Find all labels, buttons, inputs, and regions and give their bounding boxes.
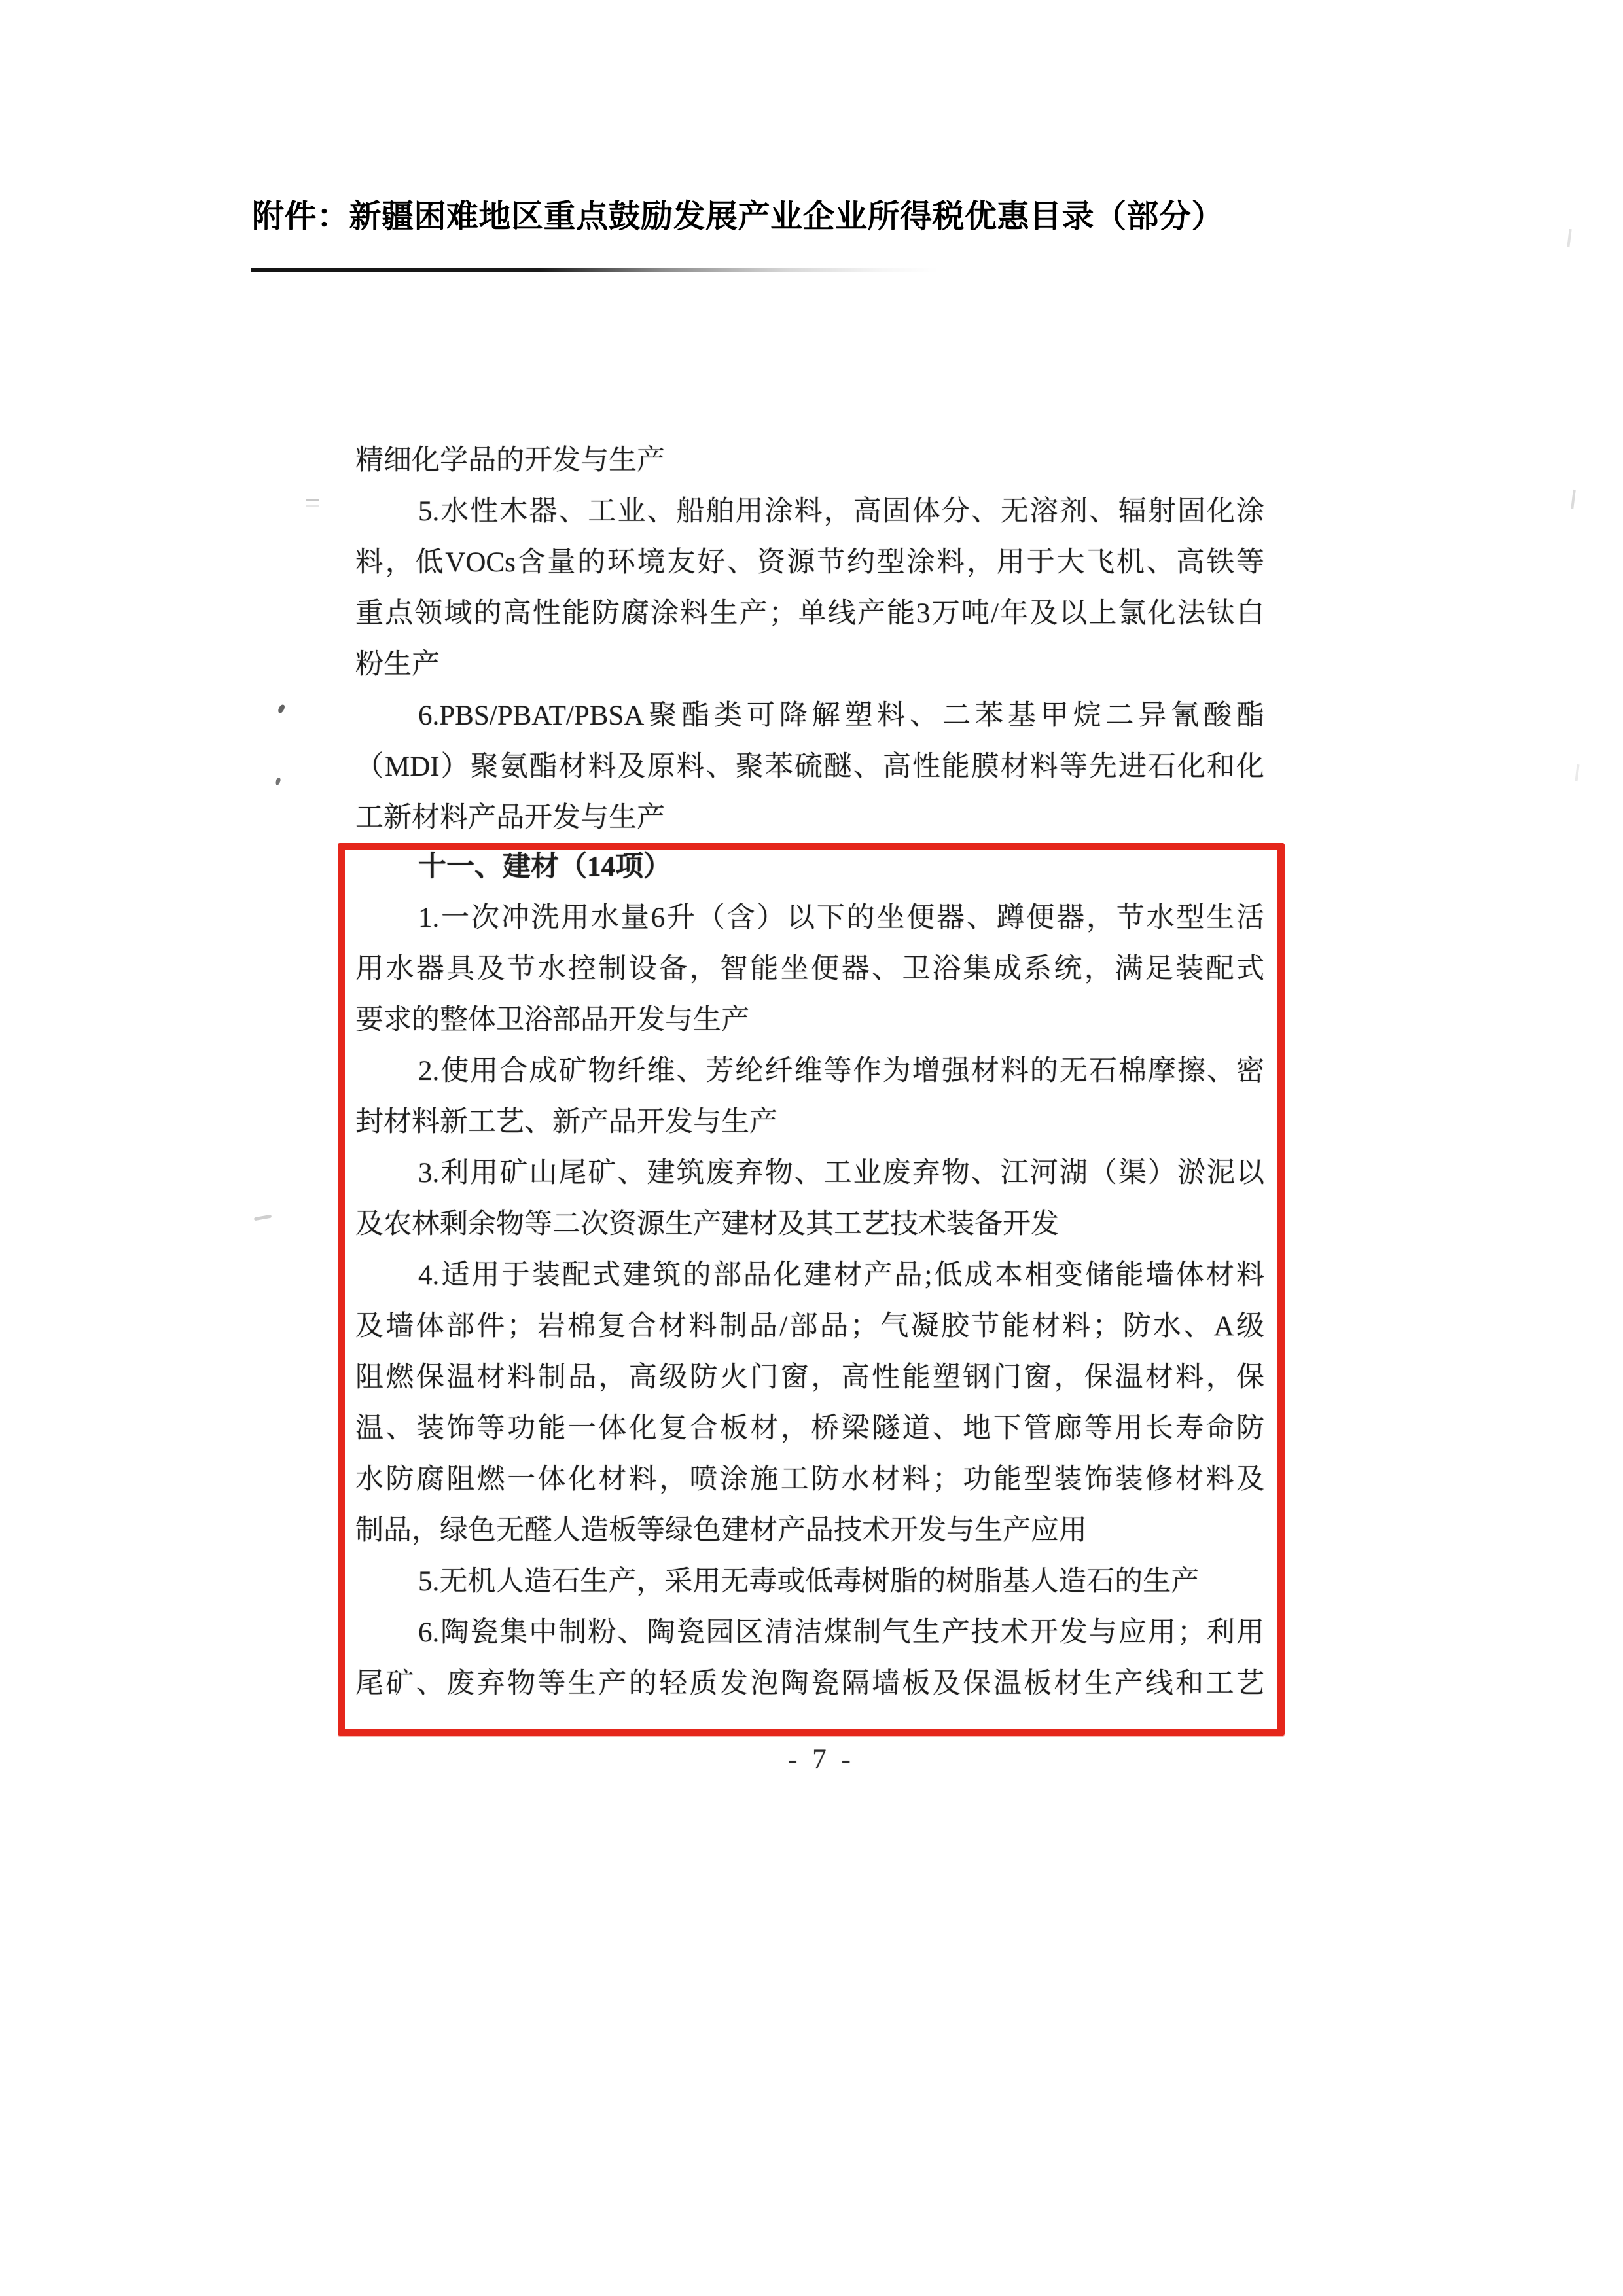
- text-line: 粉生产: [355, 639, 1264, 691]
- text-line: 重点领域的高性能防腐涂料生产；单线产能3万吨/年及以上氯化法钛白: [355, 588, 1264, 639]
- attachment-title: 附件：新疆困难地区重点鼓励发展产业企业所得税优惠目录（部分）: [252, 196, 1224, 237]
- text-line: 6.PBS/PBAT/PBSA聚酯类可降解塑料、二苯基甲烷二异氰酸酯: [355, 691, 1264, 742]
- boxed-text-line: 5.无机人造石生产，采用无毒或低毒树脂的树脂基人造石的生产: [355, 1556, 1264, 1607]
- text-line: 工新材料产品开发与生产: [355, 793, 1264, 844]
- boxed-text-line: 封材料新工艺、新产品开发与生产: [355, 1097, 1264, 1148]
- boxed-text-line: 1.一次冲洗用水量6升（含）以下的坐便器、蹲便器，节水型生活: [355, 893, 1264, 944]
- header-divider-line: [251, 268, 938, 272]
- scan-artifact: [1571, 490, 1576, 509]
- section-heading: 十一、建材（14项）: [355, 842, 1264, 893]
- boxed-text-line: 4.适用于装配式建筑的部品化建材产品;低成本相变储能墙体材料: [355, 1250, 1264, 1301]
- text-line: 精细化学品的开发与生产: [355, 435, 1264, 486]
- boxed-text-line: 制品，绿色无醛人造板等绿色建材产品技术开发与生产应用: [355, 1505, 1264, 1556]
- boxed-text-line: 水防腐阻燃一体化材料，喷涂施工防水材料；功能型装饰装修材料及: [355, 1454, 1264, 1505]
- text-line: （MDI）聚氨酯材料及原料、聚苯硫醚、高性能膜材料等先进石化和化: [355, 742, 1264, 793]
- boxed-text-line: 阻燃保温材料制品，高级防火门窗，高性能塑钢门窗，保温材料，保: [355, 1352, 1264, 1403]
- scan-artifact: [306, 499, 319, 501]
- scan-artifact: [1567, 229, 1571, 247]
- boxed-text-line: 温、装饰等功能一体化复合板材，桥梁隧道、地下管廊等用长寿命防: [355, 1403, 1264, 1454]
- boxed-text-line: 3.利用矿山尾矿、建筑废弃物、工业废弃物、江河湖（渠）淤泥以: [355, 1148, 1264, 1199]
- scan-artifact: [277, 704, 286, 714]
- boxed-text-line: 6.陶瓷集中制粉、陶瓷园区清洁煤制气生产技术开发与应用；利用: [355, 1607, 1264, 1659]
- boxed-text-line: 尾矿、废弃物等生产的轻质发泡陶瓷隔墙板及保温板材生产线和工艺: [355, 1659, 1264, 1710]
- boxed-text-line: 及墙体部件；岩棉复合材料制品/部品；气凝胶节能材料；防水、A级: [355, 1301, 1264, 1352]
- scan-artifact: [274, 777, 281, 786]
- scan-artifact: [254, 1215, 272, 1221]
- scanned-document-page: 附件：新疆困难地区重点鼓励发展产业企业所得税优惠目录（部分） 精细化学品的开发与…: [0, 0, 1623, 2296]
- text-line: 5.水性木器、工业、船舶用涂料，高固体分、无溶剂、辐射固化涂: [355, 486, 1264, 537]
- scan-artifact: [1575, 764, 1579, 781]
- page-number: - 7 -: [788, 1742, 855, 1778]
- boxed-text-line: 2.使用合成矿物纤维、芳纶纤维等作为增强材料的无石棉摩擦、密: [355, 1046, 1264, 1097]
- text-line: 料，低VOCs含量的环境友好、资源节约型涂料，用于大飞机、高铁等: [355, 537, 1264, 588]
- body-text-block: 精细化学品的开发与生产 5.水性木器、工业、船舶用涂料，高固体分、无溶剂、辐射固…: [355, 435, 1264, 844]
- boxed-text-line: 要求的整体卫浴部品开发与生产: [355, 995, 1264, 1046]
- highlighted-text-block: 十一、建材（14项） 1.一次冲洗用水量6升（含）以下的坐便器、蹲便器，节水型生…: [355, 842, 1264, 1710]
- boxed-text-line: 用水器具及节水控制设备，智能坐便器、卫浴集成系统，满足装配式: [355, 944, 1264, 995]
- boxed-text-line: 及农林剩余物等二次资源生产建材及其工艺技术装备开发: [355, 1199, 1264, 1250]
